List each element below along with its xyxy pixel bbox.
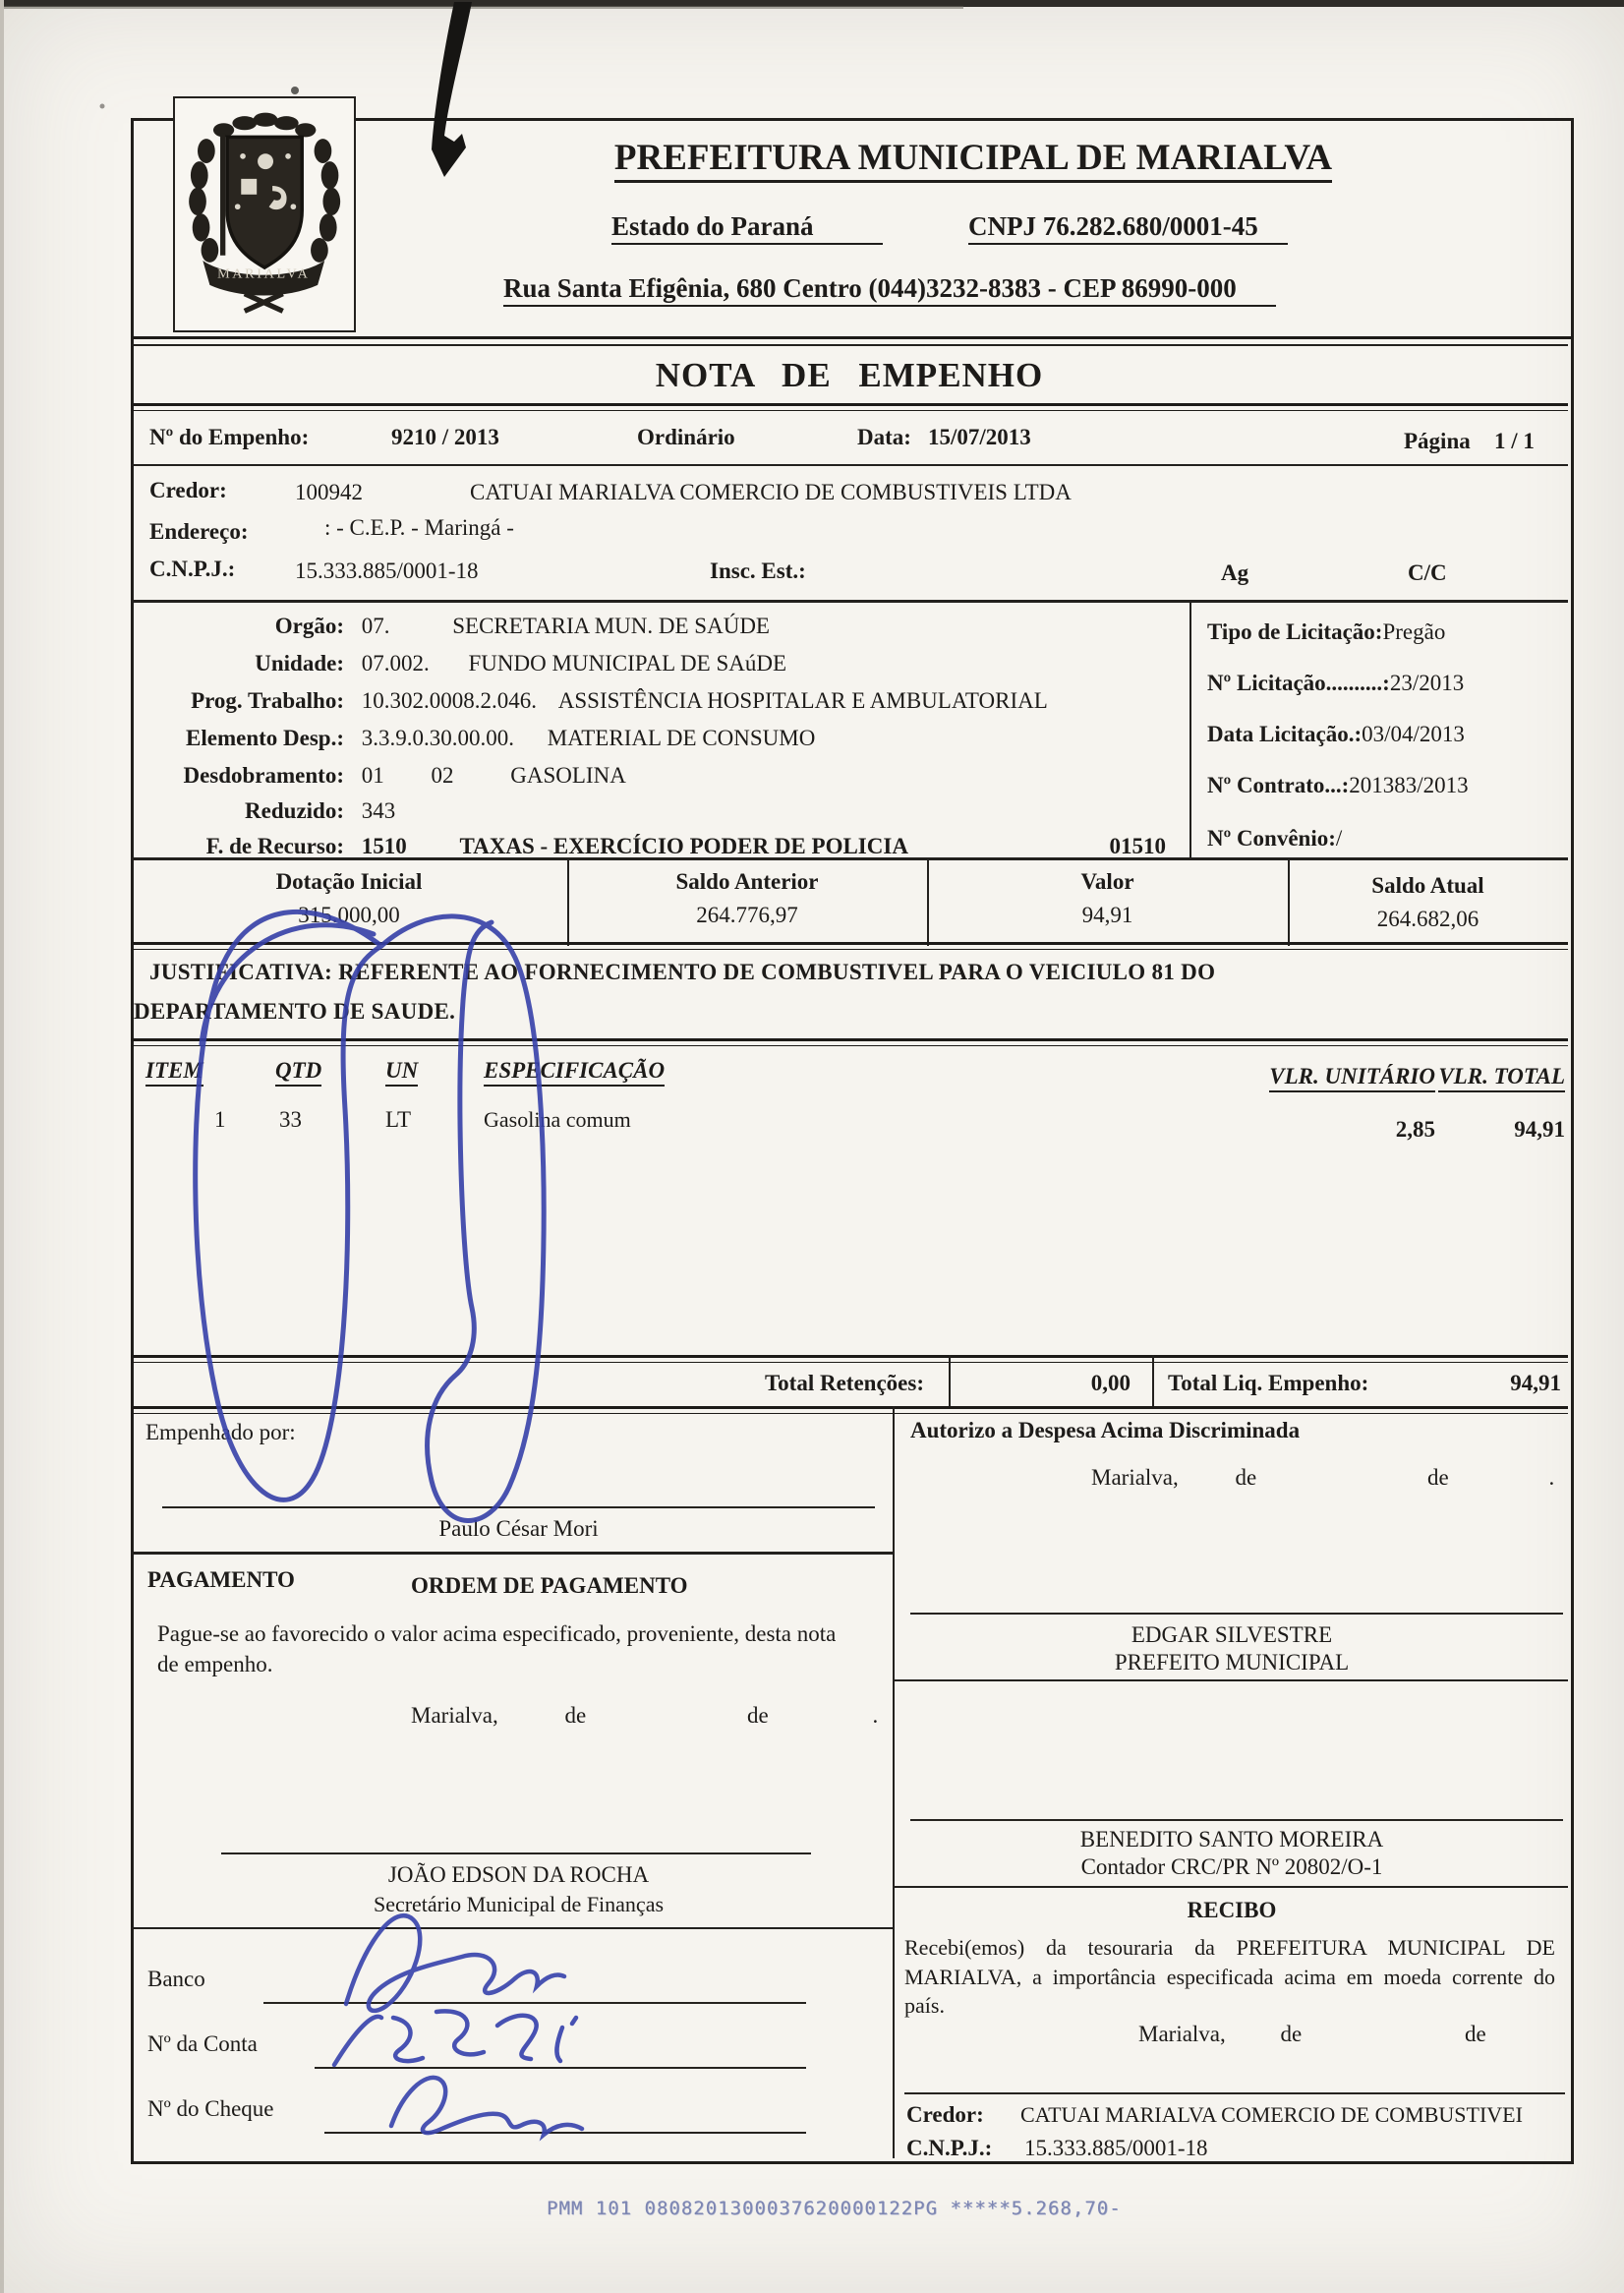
item-row-vlr-unitario: 2,85 [1247,1117,1435,1143]
totals-divider-2 [1152,1355,1154,1406]
signature-line-edgar [910,1613,1563,1615]
items-header-un: UN [385,1058,418,1084]
signature-role-edgar: PREFEITO MUNICIPAL [893,1650,1571,1676]
empenho-date-value: 15/07/2013 [928,425,1031,450]
licitacao-row: Nº Licitação..........:23/2013 [1207,671,1464,696]
ag-label: Ag [1221,560,1248,586]
items-header-item: ITEM [145,1058,203,1084]
saldos-col-value: 315.000,00 [131,903,567,928]
pagamento-top-divider [131,1552,893,1555]
de-word: de [1236,1465,1257,1490]
budget-row-label: F. de Recurso: [116,834,344,859]
licitacao-label: Nº Convênio: [1207,826,1336,851]
saldos-col-value: 264.682,06 [1288,907,1568,932]
conta-fill-line [315,2067,806,2069]
empenho-date-label: Data: [857,425,911,450]
budget-row: Orgão: 07. SECRETARIA MUN. DE SAÚDE [116,614,1178,639]
total-liq-value: 94,91 [1425,1371,1561,1396]
budget-row-desc: SECRETARIA MUN. DE SAÚDE [452,614,770,638]
recibo-cnpj-label: C.N.P.J.: [906,2136,992,2161]
recibo-credor-label: Credor: [906,2102,984,2128]
budget-row-label: Prog. Trabalho: [116,688,344,714]
budget-block-divider [131,857,1568,860]
recibo-cnpj-value: 15.333.885/0001-18 [1024,2136,1208,2161]
item-row-espec: Gasolina comum [484,1107,631,1132]
budget-row: Desdobramento: 01 02 GASOLINA [116,763,1178,789]
saldos-col-label: Valor [927,869,1288,895]
edgar-section-divider [893,1679,1568,1681]
credor-name: CATUAI MARIALVA COMERCIO DE COMBUSTIVEIS… [470,480,1072,505]
budget-row-label: Desdobramento: [116,763,344,789]
signature-role-joao: Secretário Municipal de Finanças [162,1892,875,1916]
city-date-right-2: Marialva, de de [1138,2022,1486,2047]
de-word: de [747,1703,769,1728]
band-top-inner-line [131,344,1568,346]
credor-code: 100942 [295,480,363,505]
banco-label: Banco [147,1967,205,1992]
item-row-qtd: 33 [279,1107,302,1133]
signature-line-empenhado [162,1506,875,1508]
budget-row-desc: GASOLINA [510,763,626,788]
justificativa-line2: DEPARTAMENTO DE SAUDE. [134,999,455,1025]
saldos-col-value: 94,91 [927,903,1288,928]
credor-cnpj-value: 15.333.885/0001-18 [295,559,479,584]
licitacao-row: Tipo de Licitação:Pregão [1207,619,1445,645]
form-outer-box [131,336,1574,2164]
licitacao-value: 201383/2013 [1349,773,1468,797]
licitacao-label: Data Licitação.: [1207,722,1362,746]
items-header-espec: ESPECIFICAÇÃO [484,1058,665,1084]
city-name: Marialva, [1138,2022,1226,2046]
licitacao-box-divider [1189,600,1191,857]
document-title: NOTA DE EMPENHO [131,356,1568,395]
budget-row-code: 1510 [362,834,407,858]
saldos-col-label: Dotação Inicial [131,869,567,895]
ordem-de-pagamento-label: ORDEM DE PAGAMENTO [411,1573,688,1599]
de-word: de [565,1703,587,1728]
signature-name-joao: JOÃO EDSON DA ROCHA [162,1862,875,1888]
item-row-un: LT [385,1107,411,1133]
budget-row-label: Reduzido: [116,798,344,824]
empenho-number-value: 9210 / 2013 [391,425,499,450]
budget-row: Elemento Desp.: 3.3.9.0.30.00.00. MATERI… [116,726,1178,751]
band-bottom-line [131,403,1568,411]
recibo-credor-name: CATUAI MARIALVA COMERCIO DE COMBUSTIVEI [1020,2102,1523,2127]
licitacao-value: 23/2013 [1390,671,1464,695]
city-name: Marialva, [411,1703,498,1728]
credor-block-divider [131,600,1568,603]
credor-label: Credor: [149,478,227,503]
banco-fill-line [263,2002,806,2004]
credor-cnpj-label: C.N.P.J.: [149,557,235,582]
budget-row-code: 10.302.0008.2.046. [362,688,537,713]
budget-row-desc: MATERIAL DE CONSUMO [548,726,816,750]
endereco-value: : - C.E.P. - Maringá - [324,515,514,541]
logo-frame: MARIALVA [173,96,356,332]
budget-row-code: 01 [362,763,384,788]
items-header-vlr-total: VLR. TOTAL [1433,1064,1565,1089]
pagamento-label: PAGAMENTO [147,1567,295,1593]
city-date-left: Marialva, de de . [411,1703,878,1729]
totals-bottom-line [131,1406,1568,1414]
endereco-label: Endereço: [149,519,249,545]
municipal-coat-of-arms-logo: MARIALVA [175,98,349,325]
licitacao-value: Pregão [1382,619,1445,644]
items-header-vlr-unitario: VLR. UNITÁRIO [1247,1064,1435,1089]
period-mark: . [1548,1465,1554,1490]
budget-row-code: 3.3.9.0.30.00.00. [362,726,514,750]
budget-row: Prog. Trabalho: 10.302.0008.2.046. ASSIS… [116,688,1178,714]
cheque-fill-line [324,2132,806,2134]
budget-row-label: Elemento Desp.: [116,726,344,751]
totals-top-line [131,1355,1568,1363]
budget-row-desc: FUNDO MUNICIPAL DE SAúDE [469,651,787,676]
signature-role-benedito: Contador CRC/PR Nº 20802/O-1 [893,1854,1571,1880]
period-mark: . [872,1703,878,1728]
signature-name-paulo: Paulo César Mori [162,1516,875,1542]
signature-name-benedito: BENEDITO SANTO MOREIRA [893,1827,1571,1852]
licitacao-label: Nº Licitação..........: [1207,671,1390,695]
de-word: de [1281,2022,1303,2046]
scan-top-edge-shadow [0,6,963,9]
budget-row-desc: TAXAS - EXERCÍCIO PODER DE POLICIA [460,834,908,858]
dot-matrix-footer-code: PMM 101 0808201300037620000122PG *****5.… [547,2199,1122,2220]
budget-row-desc: ASSISTÊNCIA HOSPITALAR E AMBULATORIAL [558,688,1048,713]
empenho-number-label: Nº do Empenho: [149,425,309,450]
licitacao-label: Tipo de Licitação: [1207,619,1382,644]
city-name: Marialva, [1091,1465,1179,1490]
signature-line-benedito [910,1819,1563,1821]
empenho-row-divider [131,464,1568,466]
recibo-top-divider [893,1886,1568,1888]
pague-se-text: Pague-se ao favorecido o valor acima esp… [157,1618,855,1679]
insc-est-label: Insc. Est.: [710,559,806,584]
licitacao-row: Data Licitação.:03/04/2013 [1207,722,1465,747]
licitacao-row: Nº Convênio:/ [1207,826,1342,852]
total-liq-label: Total Liq. Empenho: [1168,1371,1368,1396]
cheque-label: Nº do Cheque [147,2096,274,2122]
lower-section-divider [893,1406,895,2158]
conta-label: Nº da Conta [147,2031,258,2057]
signature-line-joao [221,1852,811,1854]
recibo-signature-line [904,2092,1565,2094]
budget-row-code2: 02 [432,763,454,788]
budget-row-extra-code: 01510 [1110,834,1167,859]
items-header-qtd: QTD [275,1058,321,1084]
budget-row: Reduzido: 343 [116,798,1178,824]
recibo-title: RECIBO [893,1898,1571,1923]
city-date-right-1: Marialva, de de . [1091,1465,1554,1491]
ink-speck [100,104,105,109]
item-row-vlr-total: 94,91 [1433,1117,1565,1143]
page-number-value: 1 / 1 [1494,429,1535,454]
justificativa-line1: JUSTIFICATIVA: REFERENTE AO FORNECIMENTO… [149,960,1215,985]
scanned-document-page: MARIALVA PREFEITURA MUNICIPAL DE MARIALV… [0,0,1624,2293]
header-address: Rua Santa Efigênia, 680 Centro (044)3232… [503,273,1276,304]
budget-row: Unidade: 07.002. FUNDO MUNICIPAL DE SAúD… [116,651,1178,676]
logo-banner-text: MARIALVA [217,266,310,282]
budget-row-code: 07.002. [362,651,430,676]
saldos-divider-3 [1288,857,1290,946]
licitacao-row: Nº Contrato...:201383/2013 [1207,773,1469,798]
saldos-col-label: Saldo Atual [1288,873,1568,899]
licitacao-label: Nº Contrato...: [1207,773,1349,797]
header-state: Estado do Paraná [611,211,883,242]
saldos-col-value: 264.776,97 [567,903,927,928]
cc-label: C/C [1408,560,1447,586]
budget-row-code: 07. [362,614,390,638]
de-word: de [1427,1465,1449,1490]
justificativa-bottom-line [131,1038,1568,1046]
licitacao-value: 03/04/2013 [1362,722,1465,746]
budget-row-label: Unidade: [116,651,344,676]
saldos-col-label: Saldo Anterior [567,869,927,895]
scan-left-edge-artifact [0,0,4,2293]
de-word: de [1465,2022,1486,2046]
signature-name-edgar: EDGAR SILVESTRE [893,1622,1571,1648]
total-retencoes-value: 0,00 [973,1371,1131,1396]
empenho-type: Ordinário [637,425,735,450]
banco-section-divider [131,1927,893,1929]
page-number-label: Página [1404,429,1471,454]
item-row-item: 1 [214,1107,226,1133]
licitacao-value: / [1336,826,1342,851]
budget-row-code: 343 [362,798,396,823]
budget-row: F. de Recurso: 1510 TAXAS - EXERCÍCIO PO… [116,834,1180,859]
saldos-bottom-line [131,942,1568,950]
empenhado-por-label: Empenhado por: [145,1420,296,1445]
header-title: PREFEITURA MUNICIPAL DE MARIALVA [413,138,1534,180]
autorizo-label: Autorizo a Despesa Acima Discriminada [910,1418,1300,1443]
ink-speck [291,87,299,94]
totals-divider-1 [949,1355,951,1406]
recibo-text: Recebi(emos) da tesouraria da PREFEITURA… [904,1933,1555,2021]
budget-row-label: Orgão: [116,614,344,639]
total-retencoes-label: Total Retenções: [629,1371,924,1396]
header-cnpj: CNPJ 76.282.680/0001-45 [968,211,1288,242]
